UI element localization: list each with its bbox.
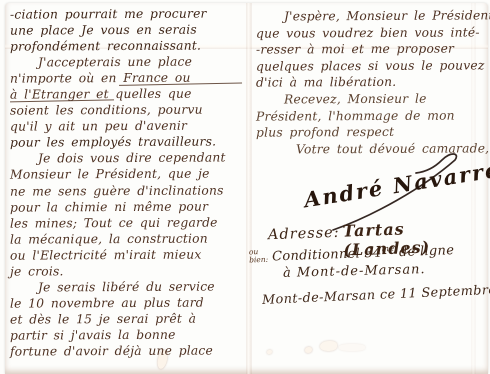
handwritten-line: pour les employés travailleurs. xyxy=(10,134,242,151)
address-label: Adresse: xyxy=(268,225,340,243)
center-fold-crease xyxy=(246,3,252,374)
handwritten-line: à l'Etranger et quelles que xyxy=(10,86,242,103)
handwritten-line: J'espère, Monsieur le Président xyxy=(256,7,488,25)
handwritten-line: d'ici à ma libération. xyxy=(256,74,488,92)
handwritten-line: et dès le 15 je serai prêt à xyxy=(10,310,242,327)
letter-left-page: -ciation pourrait me procurer une place … xyxy=(10,6,242,359)
handwritten-line: Recevez, Monsieur le xyxy=(256,90,488,108)
handwritten-line: qu'il y ait un peu d'avenir xyxy=(10,118,242,135)
handwritten-line: la mécanique, la construction xyxy=(10,230,242,247)
regiment-suffix: de ligne xyxy=(394,243,454,260)
handwritten-line: une place Je vous en serais xyxy=(10,21,242,38)
handwritten-line: plus profond respect xyxy=(256,124,488,142)
paper-damage-spot xyxy=(320,341,337,351)
handwritten-line: soient les conditions, pourvu xyxy=(10,102,242,119)
handwritten-line: que vous voudrez bien vous inté- xyxy=(256,24,488,42)
paper-damage-spot xyxy=(305,347,312,353)
handwritten-line: les mines; Tout ce qui regarde xyxy=(10,214,242,231)
handwritten-line: le 10 novembre au plus tard xyxy=(10,294,242,311)
handwritten-line: je crois. xyxy=(10,262,242,279)
handwritten-line: ne me sens guère d'inclinations xyxy=(10,182,242,199)
handwritten-line: Président, l'hommage de mon xyxy=(256,107,488,125)
handwritten-line: Monsieur le Président, que je xyxy=(10,166,242,183)
handwritten-line: pour la chimie ni même pour xyxy=(10,198,242,215)
handwritten-line: profondément reconnaissant. xyxy=(10,37,242,54)
handwritten-line: quelques places si vous le pouvez xyxy=(256,57,488,75)
paper-damage-spot xyxy=(339,344,365,351)
letter-right-page: J'espère, Monsieur le Président que vous… xyxy=(256,8,488,157)
handwritten-line: -resser à moi et me proposer xyxy=(256,41,488,59)
handwritten-line: J'accepterais une place xyxy=(10,54,242,71)
paper-damage-spot xyxy=(267,350,272,354)
letter-scan: -ciation pourrait me procurer une place … xyxy=(0,0,490,374)
handwritten-line: ou l'Electricité m'irait mieux xyxy=(10,246,242,263)
handwritten-line: -ciation pourrait me procurer xyxy=(10,5,242,22)
handwritten-line: Je dois vous dire cependant xyxy=(10,150,242,167)
handwritten-line: n'importe où en France ou xyxy=(10,70,242,87)
handwritten-line: Je serais libéré du service xyxy=(10,278,242,295)
handwritten-line: fortune d'avoir déjà une place xyxy=(10,342,242,359)
regiment-ordinal-sup: me xyxy=(381,244,394,253)
handwritten-line: partir si j'avais la bonne xyxy=(10,326,242,343)
